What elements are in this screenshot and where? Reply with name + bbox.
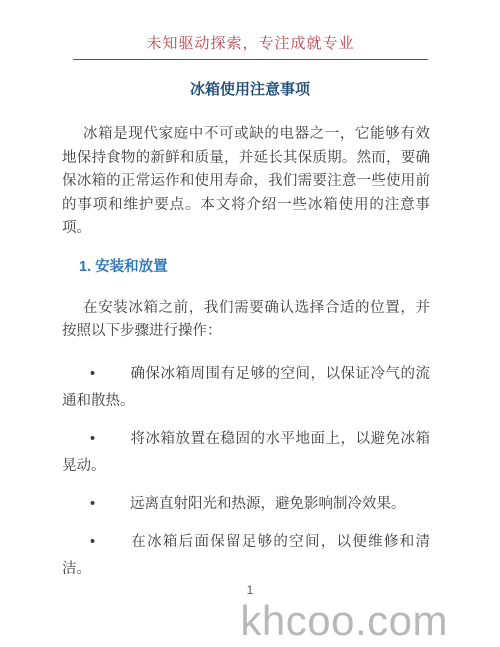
document-page: 未知驱动探索，专注成就专业 冰箱使用注意事项 冰箱是现代家庭中不可或缺的电器之一… — [0, 0, 500, 647]
bullet-icon: • — [90, 426, 130, 453]
bullet-icon: • — [90, 491, 130, 518]
section-intro-paragraph: 在安装冰箱之前，我们需要确认选择合适的位置，并按照以下步骤进行操作： — [62, 297, 430, 344]
page-header: 未知驱动探索，专注成就专业 — [73, 34, 428, 60]
list-item: •在冰箱后面保留足够的空间，以便维修和清洁。 — [62, 529, 430, 583]
bullet-icon: • — [90, 361, 130, 388]
list-item-text: 远离直射阳光和热源，避免影响制冷效果。 — [130, 496, 406, 512]
watermark-text: khcoo.com — [240, 600, 448, 642]
header-divider — [73, 59, 428, 60]
page-number: 1 — [0, 583, 500, 597]
list-item: •远离直射阳光和热源，避免影响制冷效果。 — [62, 491, 430, 518]
header-slogan: 未知驱动探索，专注成就专业 — [73, 34, 428, 55]
bullet-icon: • — [90, 529, 130, 556]
document-body: 冰箱是现代家庭中不可或缺的电器之一，它能够有效地保持食物的新鲜和质量，并延长其保… — [62, 123, 430, 583]
page-title: 冰箱使用注意事项 — [0, 79, 500, 100]
list-item: •将冰箱放置在稳固的水平地面上，以避免冰箱晃动。 — [62, 426, 430, 480]
list-item: •确保冰箱周围有足够的空间，以保证冷气的流通和散热。 — [62, 361, 430, 415]
bullet-list: •确保冰箱周围有足够的空间，以保证冷气的流通和散热。 •将冰箱放置在稳固的水平地… — [62, 361, 430, 583]
intro-paragraph: 冰箱是现代家庭中不可或缺的电器之一，它能够有效地保持食物的新鲜和质量，并延长其保… — [62, 123, 430, 241]
section-heading-installation: 1. 安装和放置 — [79, 257, 430, 277]
